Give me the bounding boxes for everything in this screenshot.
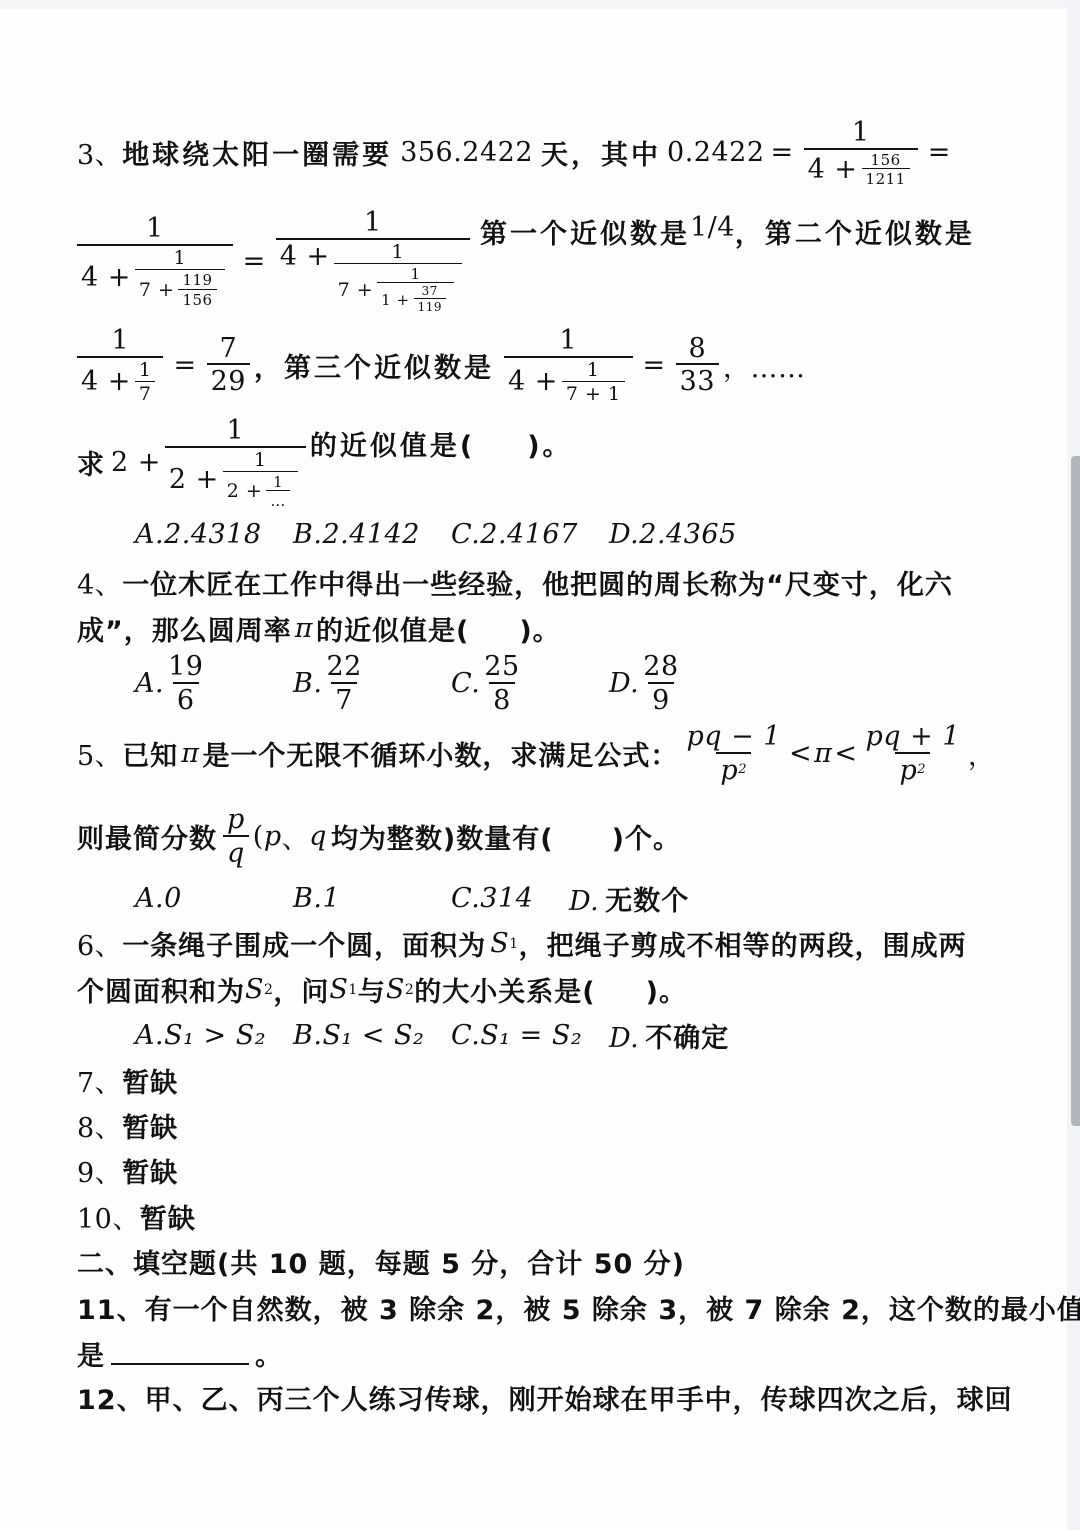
subscript: 2 (405, 982, 414, 998)
q9-placeholder: 9、 暂缺 (77, 1151, 178, 1190)
variable-s: S (490, 928, 509, 959)
option-letter: D. (569, 886, 599, 917)
q3-line-2: 1 4 + 1 7 + 119 156 = 1 4 + 1 7 (77, 208, 975, 314)
fraction: 1 7 + 1 (562, 360, 625, 405)
numerator: 1 (387, 242, 408, 263)
answer-blank[interactable] (111, 1343, 249, 1365)
equals-sign: = (771, 137, 794, 168)
q11-text: 是 (77, 1334, 105, 1373)
q3-text: 第一个近似数是 (480, 212, 690, 251)
numerator: 1 (360, 208, 386, 238)
q5-options: A.0 B.1 C.314 D.无数个 (135, 879, 689, 918)
exponent: 2 (738, 763, 747, 777)
punctuation: ， (968, 734, 996, 773)
option-d[interactable]: D.不确定 (609, 1016, 729, 1055)
q7-placeholder: 7、 暂缺 (77, 1061, 178, 1100)
q3-line-1: 3、 地球绕太阳一圈需要 356.2422 天，其中 0.2422 = 1 4 … (77, 118, 957, 188)
denominator: p2 (716, 752, 751, 786)
denominator: 7 (135, 381, 156, 405)
numerator: p (223, 805, 249, 835)
fraction: 1 2 + 1 … (223, 450, 298, 510)
denominator: 4 + 1 7 + 1 1 + 37 119 (276, 238, 470, 315)
option-value: S₁ < S₂ (322, 1020, 424, 1051)
option-d[interactable]: D.无数个 (569, 879, 689, 918)
option-letter: B. (293, 1020, 322, 1051)
term: 4 + (808, 155, 858, 185)
numerator: pq + 1 (861, 722, 964, 752)
term: 4 + (280, 242, 330, 272)
q5-text: 已知 (122, 734, 178, 773)
q3-text: )。 (527, 424, 572, 463)
q11-text: 。 (255, 1334, 283, 1373)
less-than-sign: < (834, 738, 857, 769)
option-c[interactable]: C.258 (451, 652, 609, 715)
placeholder-text: 暂缺 (122, 1106, 178, 1145)
q3-line-4: 求 2 + 1 2 + 1 2 + 1 … 的近似值是( )。 (77, 416, 573, 510)
denominator: 7 (331, 682, 357, 716)
variable-s: S (245, 974, 264, 1005)
option-letter: C. (451, 1020, 480, 1051)
q6-text: )。 (646, 970, 687, 1009)
term: p (899, 756, 917, 786)
variable-q: q (309, 821, 327, 852)
fraction: 1 7 + 119 156 (135, 248, 225, 308)
denominator: 4 + 1 7 + 119 156 (77, 244, 233, 308)
option-value: 1 (322, 883, 340, 914)
option-d[interactable]: D.2.4365 (609, 519, 737, 550)
q4-line-2: 成”，那么圆周率 π 的近似值是( )。 (77, 609, 561, 648)
question-number: 10、 (77, 1197, 140, 1236)
q8-placeholder: 8、 暂缺 (77, 1106, 178, 1145)
q6-text: 一条绳子围成一个圆，面积为 (122, 924, 486, 963)
variable-p: p (264, 821, 282, 852)
option-value: 2.4167 (480, 519, 577, 550)
q6-text: 的大小关系是( (414, 970, 595, 1009)
denominator: 1 + 37 119 (377, 282, 454, 314)
q12-line-1: 12、甲、乙、丙三个人练习传球，刚开始球在甲手中，传球四次之后，球回 (77, 1378, 1013, 1417)
option-letter: B. (293, 519, 322, 550)
option-letter: D. (609, 668, 639, 699)
fraction: pq − 1 p2 (682, 722, 785, 785)
numerator: 8 (685, 334, 711, 364)
denominator: q (223, 835, 249, 869)
denominator: p2 (895, 752, 930, 786)
option-b[interactable]: B.2.4142 (293, 519, 451, 550)
option-b[interactable]: B.1 (293, 883, 451, 914)
days-value: 356.2422 (400, 137, 533, 168)
option-letter: B. (293, 668, 322, 699)
fraction: 289 (639, 652, 682, 715)
q5-text: ( (253, 821, 264, 852)
subscript: 2 (264, 982, 273, 998)
pi-symbol: π (814, 738, 832, 769)
option-value: 314 (480, 883, 533, 914)
equals-sign: = (643, 350, 666, 381)
numerator: 1 (169, 248, 190, 269)
term: 4 + (508, 367, 558, 397)
fraction: 1 1 + 37 119 (377, 266, 454, 315)
option-letter: C. (451, 883, 480, 914)
numerator: 22 (322, 652, 365, 682)
q3-line-3: 1 4 + 1 7 = 7 29 ，第三个近似数是 1 4 + 1 7 + 1 … (77, 326, 806, 404)
variable-s: S (329, 974, 348, 1005)
fraction: 1 4 + 1 7 + 1 1 + 37 119 (276, 208, 470, 314)
fraction: 1 7 + 1 1 + 37 119 (334, 242, 462, 315)
numerator: pq − 1 (682, 722, 785, 752)
fraction: 258 (480, 652, 523, 715)
fraction: 1 4 + 1 7 (77, 326, 163, 404)
denominator: 156 (178, 289, 216, 309)
option-letter: A. (135, 668, 164, 699)
q4-text: 一位木匠在工作中得出一些经验，他把圆的周长称为“尺变寸，化六 (122, 563, 953, 602)
scrollbar-thumb[interactable] (1071, 456, 1080, 1126)
option-a[interactable]: A.0 (135, 883, 293, 914)
question-number: 5、 (77, 734, 122, 773)
denominator: 4 + 156 1211 (804, 148, 918, 188)
q5-text: 均为整数)数量有( (331, 817, 554, 856)
numerator: 1 (223, 416, 249, 446)
q11-text: 11、有一个自然数，被 3 除余 2，被 5 除余 3，被 7 除余 2，这个数… (77, 1288, 1080, 1327)
option-value: 2.4365 (639, 519, 736, 550)
term: 4 + (81, 263, 131, 293)
fraction: 37 119 (414, 285, 446, 314)
option-value: 无数个 (605, 886, 689, 917)
q6-text: 个圆面积和为 (77, 970, 245, 1009)
q6-text: ，把绳子剪成不相等的两段，围成两 (519, 924, 967, 963)
term: 7 + (338, 280, 374, 301)
q5-line-1: 5、 已知 π 是一个无限不循环小数，求满足公式： pq − 1 p2 < π … (77, 722, 996, 785)
numerator: 1 (250, 450, 271, 471)
pi-symbol: π (295, 613, 313, 644)
numerator: 1 (583, 360, 604, 381)
option-letter: A. (135, 1020, 164, 1051)
denominator: 7 + 119 156 (135, 269, 225, 308)
option-letter: D. (609, 519, 639, 550)
q3-text: 的近似值是( (310, 424, 475, 463)
numerator: 1 (135, 360, 156, 381)
q3-text: 天，其中 (541, 133, 661, 172)
placeholder-text: 暂缺 (140, 1197, 196, 1236)
denominator: 9 (648, 682, 674, 716)
denominator: 4 + 1 7 (77, 356, 163, 405)
question-number: 6、 (77, 924, 122, 963)
question-number: 4、 (77, 563, 122, 602)
exponent: 2 (917, 763, 926, 777)
decimal-value: 0.2422 (667, 137, 764, 168)
option-value: 不确定 (645, 1023, 729, 1054)
q3-text: ，第二个近似数是 (735, 212, 975, 251)
option-b[interactable]: B.S₁ < S₂ (293, 1020, 451, 1051)
fraction: 119 156 (178, 272, 216, 308)
numerator: 28 (639, 652, 682, 682)
fraction: 1 2 + 1 2 + 1 … (165, 416, 306, 510)
denominator: 33 (676, 363, 719, 397)
denominator: 119 (414, 298, 446, 314)
numerator: 1 (142, 214, 168, 244)
question-number: 8、 (77, 1106, 122, 1145)
option-letter: C. (451, 668, 480, 699)
question-number: 7、 (77, 1061, 122, 1100)
equals-sign: = (928, 137, 951, 168)
option-value: 2.4142 (322, 519, 419, 550)
option-letter: B. (293, 883, 322, 914)
term: 2 + (169, 465, 219, 495)
q11-line-1: 11、有一个自然数，被 3 除余 2，被 5 除余 3，被 7 除余 2，这个数… (77, 1288, 1080, 1327)
term: 2 + (111, 447, 161, 478)
punctuation: 、 (282, 817, 310, 856)
fraction: 1 7 (135, 360, 156, 405)
numerator: 7 (215, 334, 241, 364)
ellipsis: ，…… (723, 346, 806, 385)
numerator: 1 (269, 474, 287, 491)
numerator: 1 (107, 326, 133, 356)
numerator: 37 (418, 285, 442, 298)
option-letter: A. (135, 519, 164, 550)
fraction: pq + 1 p2 (861, 722, 964, 785)
denominator: 1211 (862, 168, 910, 188)
option-c[interactable]: C.2.4167 (451, 519, 609, 550)
denominator: 7 + 1 (562, 381, 625, 405)
q4-text: )。 (519, 609, 560, 648)
option-value: S₁ = S₂ (480, 1020, 582, 1051)
q6-text: 与 (358, 970, 386, 1009)
q3-text: ，第三个近似数是 (254, 346, 494, 385)
less-than-sign: < (789, 738, 812, 769)
q11-line-2: 是 。 (77, 1334, 283, 1373)
placeholder-text: 暂缺 (122, 1061, 178, 1100)
term: 1 + (381, 292, 409, 309)
option-b[interactable]: B.227 (293, 652, 451, 715)
fraction: 1 4 + 156 1211 (804, 118, 918, 188)
q4-line-1: 4、 一位木匠在工作中得出一些经验，他把圆的周长称为“尺变寸，化六 (77, 563, 953, 602)
q5-line-2: 则最简分数 p q ( p 、 q 均为整数)数量有( )个。 (77, 805, 681, 868)
q6-line-2: 个圆面积和为 S2 ，问 S1 与 S2 的大小关系是( )。 (77, 970, 687, 1009)
denominator: 2 + 1 … (223, 471, 298, 510)
fraction: 8 33 (676, 334, 719, 397)
fraction: 7 29 (207, 334, 250, 397)
denominator: … (266, 490, 290, 510)
q4-text: 成”，那么圆周率 (77, 609, 292, 648)
fraction: 196 (164, 652, 207, 715)
q4-text: 的近似值是( (316, 609, 469, 648)
first-approx: 1/4 (690, 212, 735, 243)
term: 4 + (81, 367, 131, 397)
term: 2 + (227, 481, 263, 502)
equals-sign: = (243, 246, 266, 277)
q6-line-1: 6、 一条绳子围成一个圆，面积为 S1 ，把绳子剪成不相等的两段，围成两 (77, 924, 967, 963)
placeholder-text: 暂缺 (122, 1151, 178, 1190)
q4-options: A.196 B.227 C.258 D.289 (135, 652, 687, 715)
term: p (720, 756, 738, 786)
numerator: 19 (164, 652, 207, 682)
term: 7 + (139, 280, 175, 301)
option-value: 0 (164, 883, 182, 914)
q6-options: A.S₁ > S₂ B.S₁ < S₂ C.S₁ = S₂ D.不确定 (135, 1016, 729, 1055)
q5-text: 是一个无限不循环小数，求满足公式： (202, 734, 678, 773)
variable-s: S (386, 974, 405, 1005)
q6-text: ，问 (273, 970, 329, 1009)
question-number: 3、 (77, 133, 122, 172)
fraction: 156 1211 (862, 152, 910, 188)
option-letter: C. (451, 519, 480, 550)
pi-symbol: π (181, 738, 199, 769)
option-letter: A. (135, 883, 164, 914)
q12-text: 12、甲、乙、丙三个人练习传球，刚开始球在甲手中，传球四次之后，球回 (77, 1378, 1013, 1417)
option-value: 2.4318 (164, 519, 261, 550)
q3-text: 地球绕太阳一圈需要 (122, 133, 392, 172)
numerator: 1 (555, 326, 581, 356)
option-c[interactable]: C.S₁ = S₂ (451, 1020, 609, 1051)
section-title: 二、填空题(共 10 题，每题 5 分，合计 50 分) (77, 1242, 685, 1281)
fraction: 1 … (266, 474, 290, 510)
option-d[interactable]: D.289 (609, 652, 687, 715)
numerator: 156 (867, 152, 905, 169)
fraction: 227 (322, 652, 365, 715)
numerator: 1 (848, 118, 874, 148)
option-a[interactable]: A.2.4318 (135, 519, 293, 550)
q10-placeholder: 10、 暂缺 (77, 1197, 196, 1236)
denominator: 2 + 1 2 + 1 … (165, 446, 306, 510)
denominator: 8 (489, 682, 515, 716)
subscript: 1 (348, 982, 357, 998)
denominator: 29 (207, 363, 250, 397)
numerator: 119 (178, 272, 216, 289)
fraction: 1 4 + 1 7 + 1 (504, 326, 633, 404)
option-value: S₁ > S₂ (164, 1020, 266, 1051)
numerator: 1 (407, 266, 425, 283)
subscript: 1 (509, 936, 518, 952)
q3-text: 求 (77, 443, 107, 482)
section-2-heading: 二、填空题(共 10 题，每题 5 分，合计 50 分) (77, 1242, 685, 1281)
fraction: 1 4 + 1 7 + 119 156 (77, 214, 233, 308)
option-c[interactable]: C.314 (451, 883, 569, 914)
q5-text: )个。 (612, 817, 681, 856)
numerator: 25 (480, 652, 523, 682)
option-a[interactable]: A.S₁ > S₂ (135, 1020, 293, 1051)
question-number: 9、 (77, 1151, 122, 1190)
denominator: 7 + 1 1 + 37 119 (334, 263, 462, 315)
denominator: 6 (173, 682, 199, 716)
option-a[interactable]: A.196 (135, 652, 293, 715)
q3-options: A.2.4318 B.2.4142 C.2.4167 D.2.4365 (135, 519, 737, 550)
option-letter: D. (609, 1023, 639, 1054)
equals-sign: = (173, 350, 196, 381)
fraction: p q (223, 805, 249, 868)
denominator: 4 + 1 7 + 1 (504, 356, 633, 405)
q5-text: 则最简分数 (77, 817, 217, 856)
